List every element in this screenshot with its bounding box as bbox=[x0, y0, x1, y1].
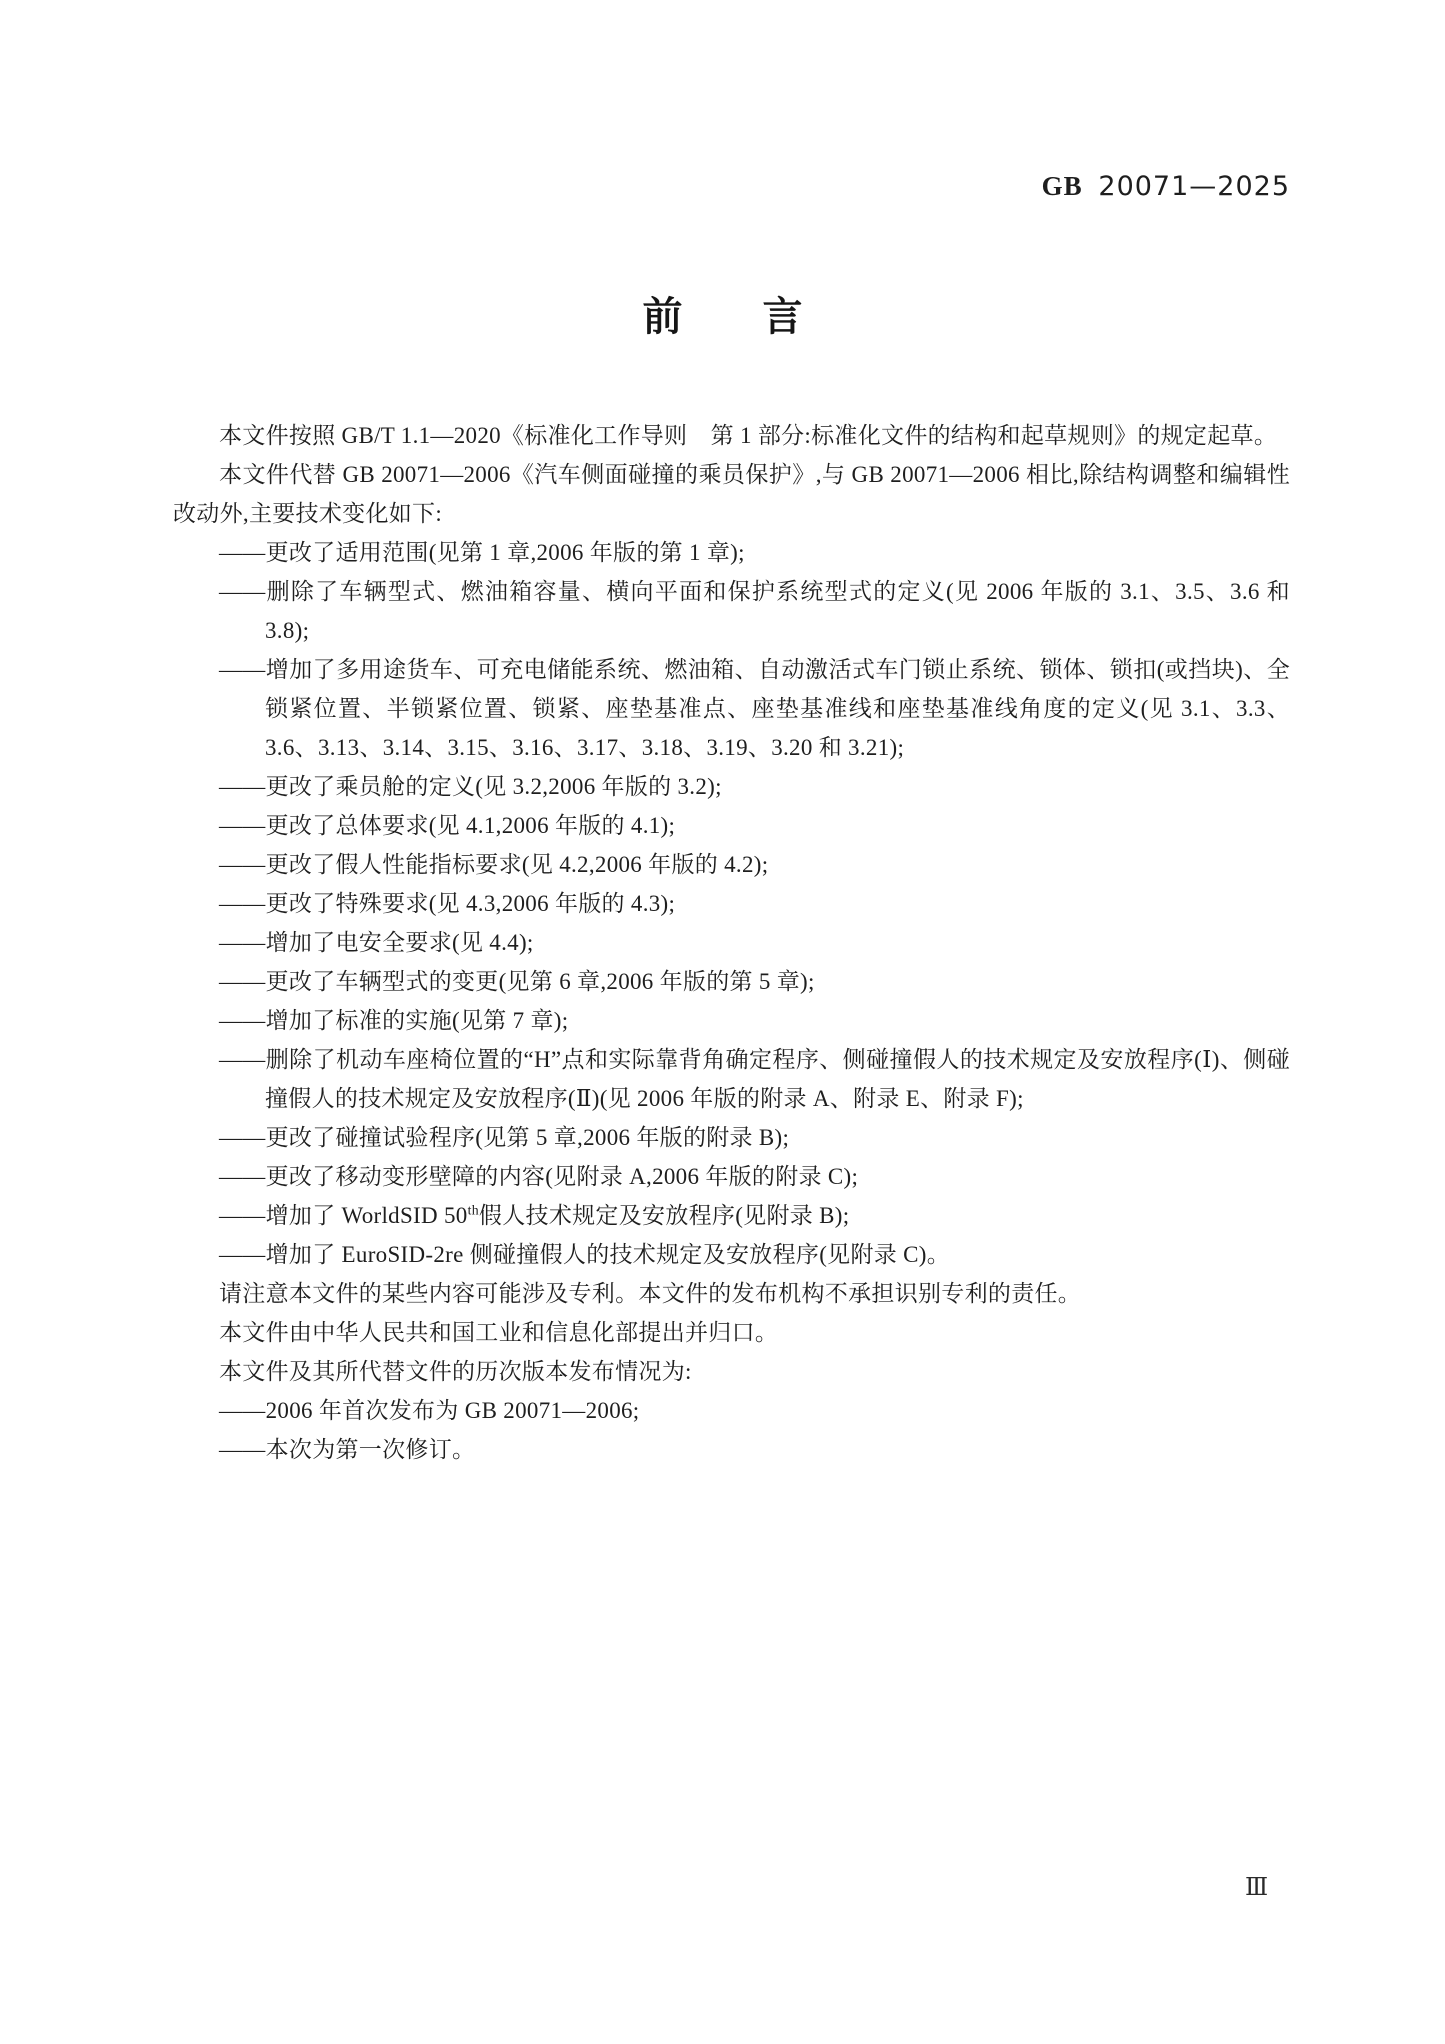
page-number: Ⅲ bbox=[1245, 1874, 1268, 1902]
foreword-list-item: ——更改了总体要求(见 4.1,2006 年版的 4.1); bbox=[173, 806, 1290, 845]
standard-code-number: 20071—2025 bbox=[1098, 171, 1290, 202]
foreword-list-item: ——更改了假人性能指标要求(见 4.2,2006 年版的 4.2); bbox=[173, 845, 1290, 884]
foreword-paragraph: 请注意本文件的某些内容可能涉及专利。本文件的发布机构不承担识别专利的责任。 bbox=[173, 1274, 1290, 1313]
foreword-list-item: ——更改了碰撞试验程序(见第 5 章,2006 年版的附录 B); bbox=[173, 1118, 1290, 1157]
foreword-list-item: ——删除了车辆型式、燃油箱容量、横向平面和保护系统型式的定义(见 2006 年版… bbox=[173, 572, 1290, 650]
foreword-paragraph: 本文件由中华人民共和国工业和信息化部提出并归口。 bbox=[173, 1313, 1290, 1352]
standard-code-prefix: GB bbox=[1042, 171, 1083, 201]
foreword-list-item: ——2006 年首次发布为 GB 20071—2006; bbox=[173, 1391, 1290, 1430]
foreword-list-item: ——更改了乘员舱的定义(见 3.2,2006 年版的 3.2); bbox=[173, 767, 1290, 806]
foreword-list-item: ——增加了多用途货车、可充电储能系统、燃油箱、自动激活式车门锁止系统、锁体、锁扣… bbox=[173, 650, 1290, 767]
foreword-paragraph: 本文件代替 GB 20071—2006《汽车侧面碰撞的乘员保护》,与 GB 20… bbox=[173, 455, 1290, 533]
foreword-list-item: ——增加了 WorldSID 50th假人技术规定及安放程序(见附录 B); bbox=[173, 1196, 1290, 1235]
superscript-ordinal: th bbox=[468, 1202, 479, 1217]
foreword-list-item: ——更改了适用范围(见第 1 章,2006 年版的第 1 章); bbox=[173, 533, 1290, 572]
foreword-paragraph: 本文件按照 GB/T 1.1—2020《标准化工作导则 第 1 部分:标准化文件… bbox=[173, 416, 1290, 455]
foreword-list-item: ——增加了标准的实施(见第 7 章); bbox=[173, 1001, 1290, 1040]
foreword-body: 本文件按照 GB/T 1.1—2020《标准化工作导则 第 1 部分:标准化文件… bbox=[173, 416, 1290, 1469]
foreword-list-item: ——更改了车辆型式的变更(见第 6 章,2006 年版的第 5 章); bbox=[173, 962, 1290, 1001]
foreword-list-item: ——更改了移动变形壁障的内容(见附录 A,2006 年版的附录 C); bbox=[173, 1157, 1290, 1196]
foreword-list-item: ——本次为第一次修订。 bbox=[173, 1430, 1290, 1469]
foreword-list-item: ——删除了机动车座椅位置的“H”点和实际靠背角确定程序、侧碰撞假人的技术规定及安… bbox=[173, 1040, 1290, 1118]
list-item-text: 假人技术规定及安放程序(见附录 B); bbox=[479, 1203, 850, 1228]
foreword-list-item: ——增加了电安全要求(见 4.4); bbox=[173, 923, 1290, 962]
standard-code-header: GB 20071—2025 bbox=[1042, 171, 1290, 202]
list-item-text: ——增加了 WorldSID 50 bbox=[219, 1203, 468, 1228]
document-page: GB 20071—2025 前 言 本文件按照 GB/T 1.1—2020《标准… bbox=[0, 0, 1445, 2044]
foreword-paragraph: 本文件及其所代替文件的历次版本发布情况为: bbox=[173, 1352, 1290, 1391]
page-title: 前 言 bbox=[0, 293, 1445, 341]
foreword-list-item: ——增加了 EuroSID-2re 侧碰撞假人的技术规定及安放程序(见附录 C)… bbox=[173, 1235, 1290, 1274]
foreword-list-item: ——更改了特殊要求(见 4.3,2006 年版的 4.3); bbox=[173, 884, 1290, 923]
